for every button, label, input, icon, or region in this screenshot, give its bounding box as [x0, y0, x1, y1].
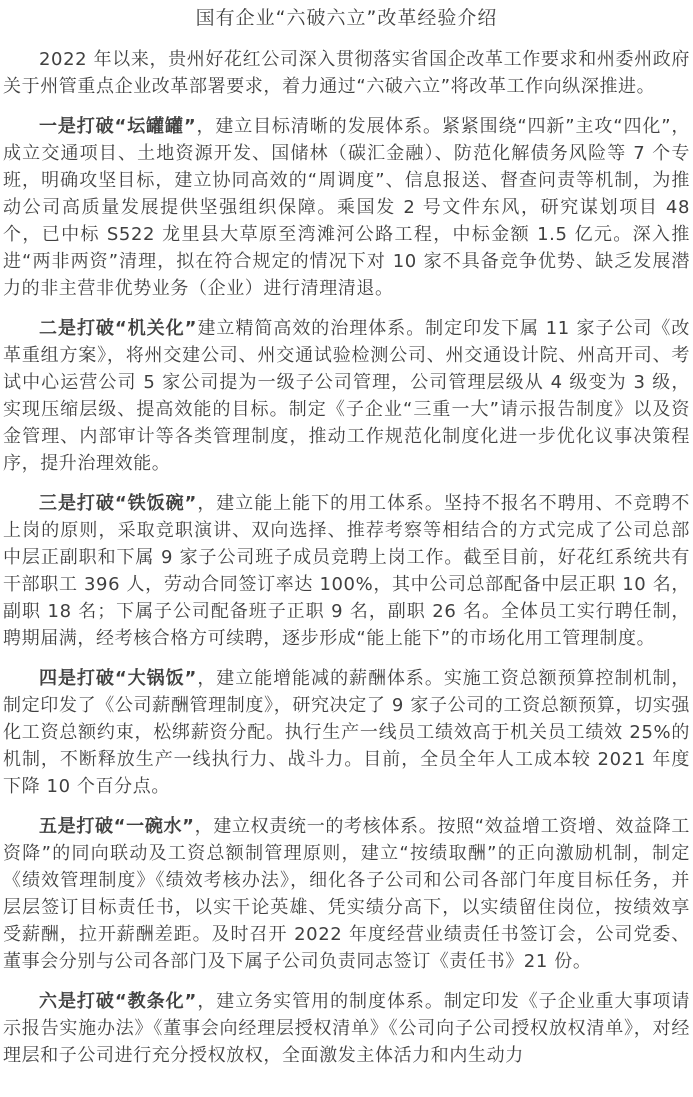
- paragraph-text: ，建立能上能下的用工体系。坚持不报名不聘用、不竞聘不上岗的原则，采取竞职演讲、双…: [3, 493, 690, 649]
- paragraph-text: 建立精简高效的治理体系。制定印发下属 11 家子公司《改革重组方案》，将州交建公…: [3, 318, 690, 474]
- paragraph-one: 一是打破“坛罐罐”，建立目标清晰的发展体系。紧紧围绕“四新”主攻“四化”，成立交…: [3, 113, 690, 302]
- paragraph-lead: 六是打破“教条化”: [39, 991, 197, 1012]
- paragraph-text: ，建立权责统一的考核体系。按照“效益增工资增、效益降工资降”的同向联动及工资总额…: [3, 816, 690, 972]
- paragraph-lead: 一是打破“坛罐罐”: [39, 116, 196, 137]
- paragraph-lead: 三是打破“铁饭碗”: [39, 493, 197, 514]
- document-page: 国有企业“六破六立”改革经验介绍 2022 年以来，贵州好花红公司深入贯彻落实省…: [0, 0, 693, 1097]
- paragraph-lead: 四是打破“大锅饭”: [39, 668, 197, 689]
- paragraph-three: 三是打破“铁饭碗”，建立能上能下的用工体系。坚持不报名不聘用、不竞聘不上岗的原则…: [3, 490, 690, 652]
- paragraph-lead: 五是打破“一碗水”: [39, 816, 195, 837]
- paragraph-two: 二是打破“机关化”建立精简高效的治理体系。制定印发下属 11 家子公司《改革重组…: [3, 315, 690, 477]
- paragraph-text: 2022 年以来，贵州好花红公司深入贯彻落实省国企改革工作要求和州委州政府关于州…: [3, 49, 690, 97]
- paragraph-five: 五是打破“一碗水”，建立权责统一的考核体系。按照“效益增工资增、效益降工资降”的…: [3, 813, 690, 975]
- paragraph-lead: 二是打破“机关化”: [39, 318, 197, 339]
- paragraph-text: ，建立目标清晰的发展体系。紧紧围绕“四新”主攻“四化”，成立交通项目、土地资源开…: [3, 116, 690, 299]
- paragraph-four: 四是打破“大锅饭”，建立能增能减的薪酬体系。实施工资总额预算控制机制，制定印发了…: [3, 665, 690, 800]
- paragraph-six: 六是打破“教条化”，建立务实管用的制度体系。制定印发《子企业重大事项请示报告实施…: [3, 988, 690, 1069]
- intro-paragraph: 2022 年以来，贵州好花红公司深入贯彻落实省国企改革工作要求和州委州政府关于州…: [3, 46, 690, 100]
- document-title: 国有企业“六破六立”改革经验介绍: [0, 7, 693, 29]
